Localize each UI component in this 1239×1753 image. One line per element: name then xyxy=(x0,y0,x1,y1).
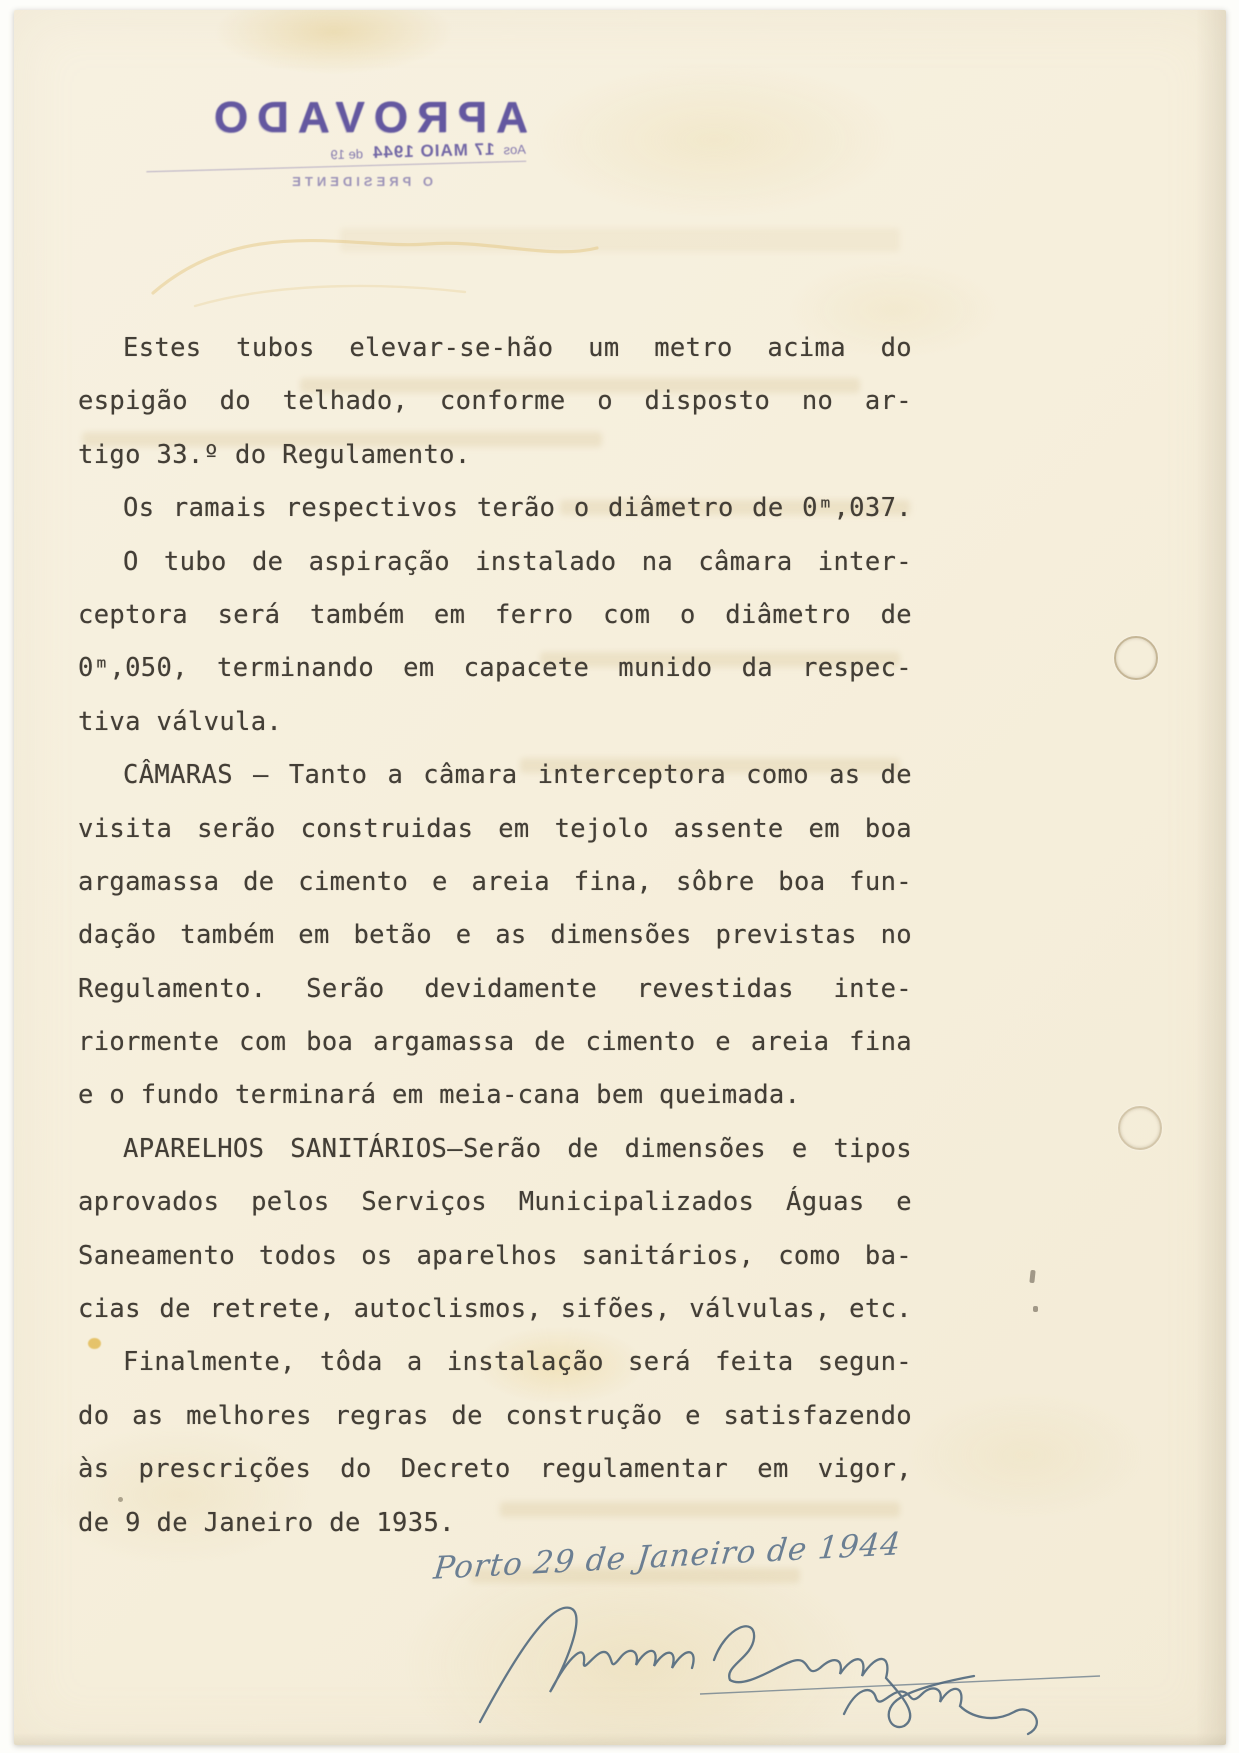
typed-line: aprovados pelos Serviços Municipalizados… xyxy=(78,1176,912,1229)
typed-line: cias de retrete, autoclismos, sifões, vá… xyxy=(78,1283,912,1336)
typed-line: e o fundo terminará em meia-cana bem que… xyxy=(78,1069,912,1122)
typed-line: às prescrições do Decreto regulamentar e… xyxy=(78,1443,912,1496)
punch-hole xyxy=(1118,1106,1162,1150)
stamp-date-prefix: Aos xyxy=(503,142,526,158)
typed-line: riormente com boa argamassa de cimento e… xyxy=(78,1016,912,1069)
typed-line: CÂMARAS – Tanto a câmara interceptora co… xyxy=(78,749,912,802)
ghost-signature-curve xyxy=(135,188,615,318)
typed-line: APARELHOS SANITÁRIOS–Serão de dimensões … xyxy=(78,1123,912,1176)
typed-body: Estes tubos elevar-se-hão um metro acima… xyxy=(78,322,912,1550)
typed-line: espigão do telhado, conforme o disposto … xyxy=(78,375,912,428)
typed-line: Finalmente, tôda a instalação será feita… xyxy=(78,1336,912,1389)
typed-line: Estes tubos elevar-se-hão um metro acima… xyxy=(78,322,912,375)
typed-line: dação também em betão e as dimensões pre… xyxy=(78,909,912,962)
typed-line: visita serão construidas em tejolo assen… xyxy=(78,803,912,856)
typed-line: O tubo de aspiração instalado na câmara … xyxy=(78,536,912,589)
typed-line: tiva válvula. xyxy=(78,696,912,749)
paper-speck xyxy=(118,1497,123,1502)
ink-mark xyxy=(1033,1306,1038,1312)
paper-fleck xyxy=(88,1338,101,1349)
typed-line: ceptora será também em ferro com o diâme… xyxy=(78,589,912,642)
approval-stamp: APROVADO Aos 17 MAIO 1944 de 19 O PRESID… xyxy=(118,96,528,189)
stamp-signer-line: O PRESIDENTE xyxy=(118,174,433,189)
typed-line: Regulamento. Serão devidamente revestida… xyxy=(78,963,912,1016)
stamp-date-suffix: de 19 xyxy=(330,146,363,162)
scanned-document-page: APROVADO Aos 17 MAIO 1944 de 19 O PRESID… xyxy=(0,0,1239,1753)
typed-line: tigo 33.º do Regulamento. xyxy=(78,429,912,482)
handwritten-signature xyxy=(452,1584,1122,1744)
typed-line: Saneamento todos os aparelhos sanitários… xyxy=(78,1230,912,1283)
typed-line: Os ramais respectivos terão o diâmetro d… xyxy=(78,482,912,535)
punch-hole xyxy=(1114,636,1158,680)
stamp-title: APROVADO xyxy=(118,96,528,140)
stamp-date-value: 17 MAIO 1944 xyxy=(372,140,495,163)
typed-line: argamassa de cimento e areia fina, sôbre… xyxy=(78,856,912,909)
typed-line: do as melhores regras de construção e sa… xyxy=(78,1390,912,1443)
typed-line: 0ᵐ,050, terminando em capacete munido da… xyxy=(78,642,912,695)
stamp-date-line: Aos 17 MAIO 1944 de 19 xyxy=(146,139,526,173)
